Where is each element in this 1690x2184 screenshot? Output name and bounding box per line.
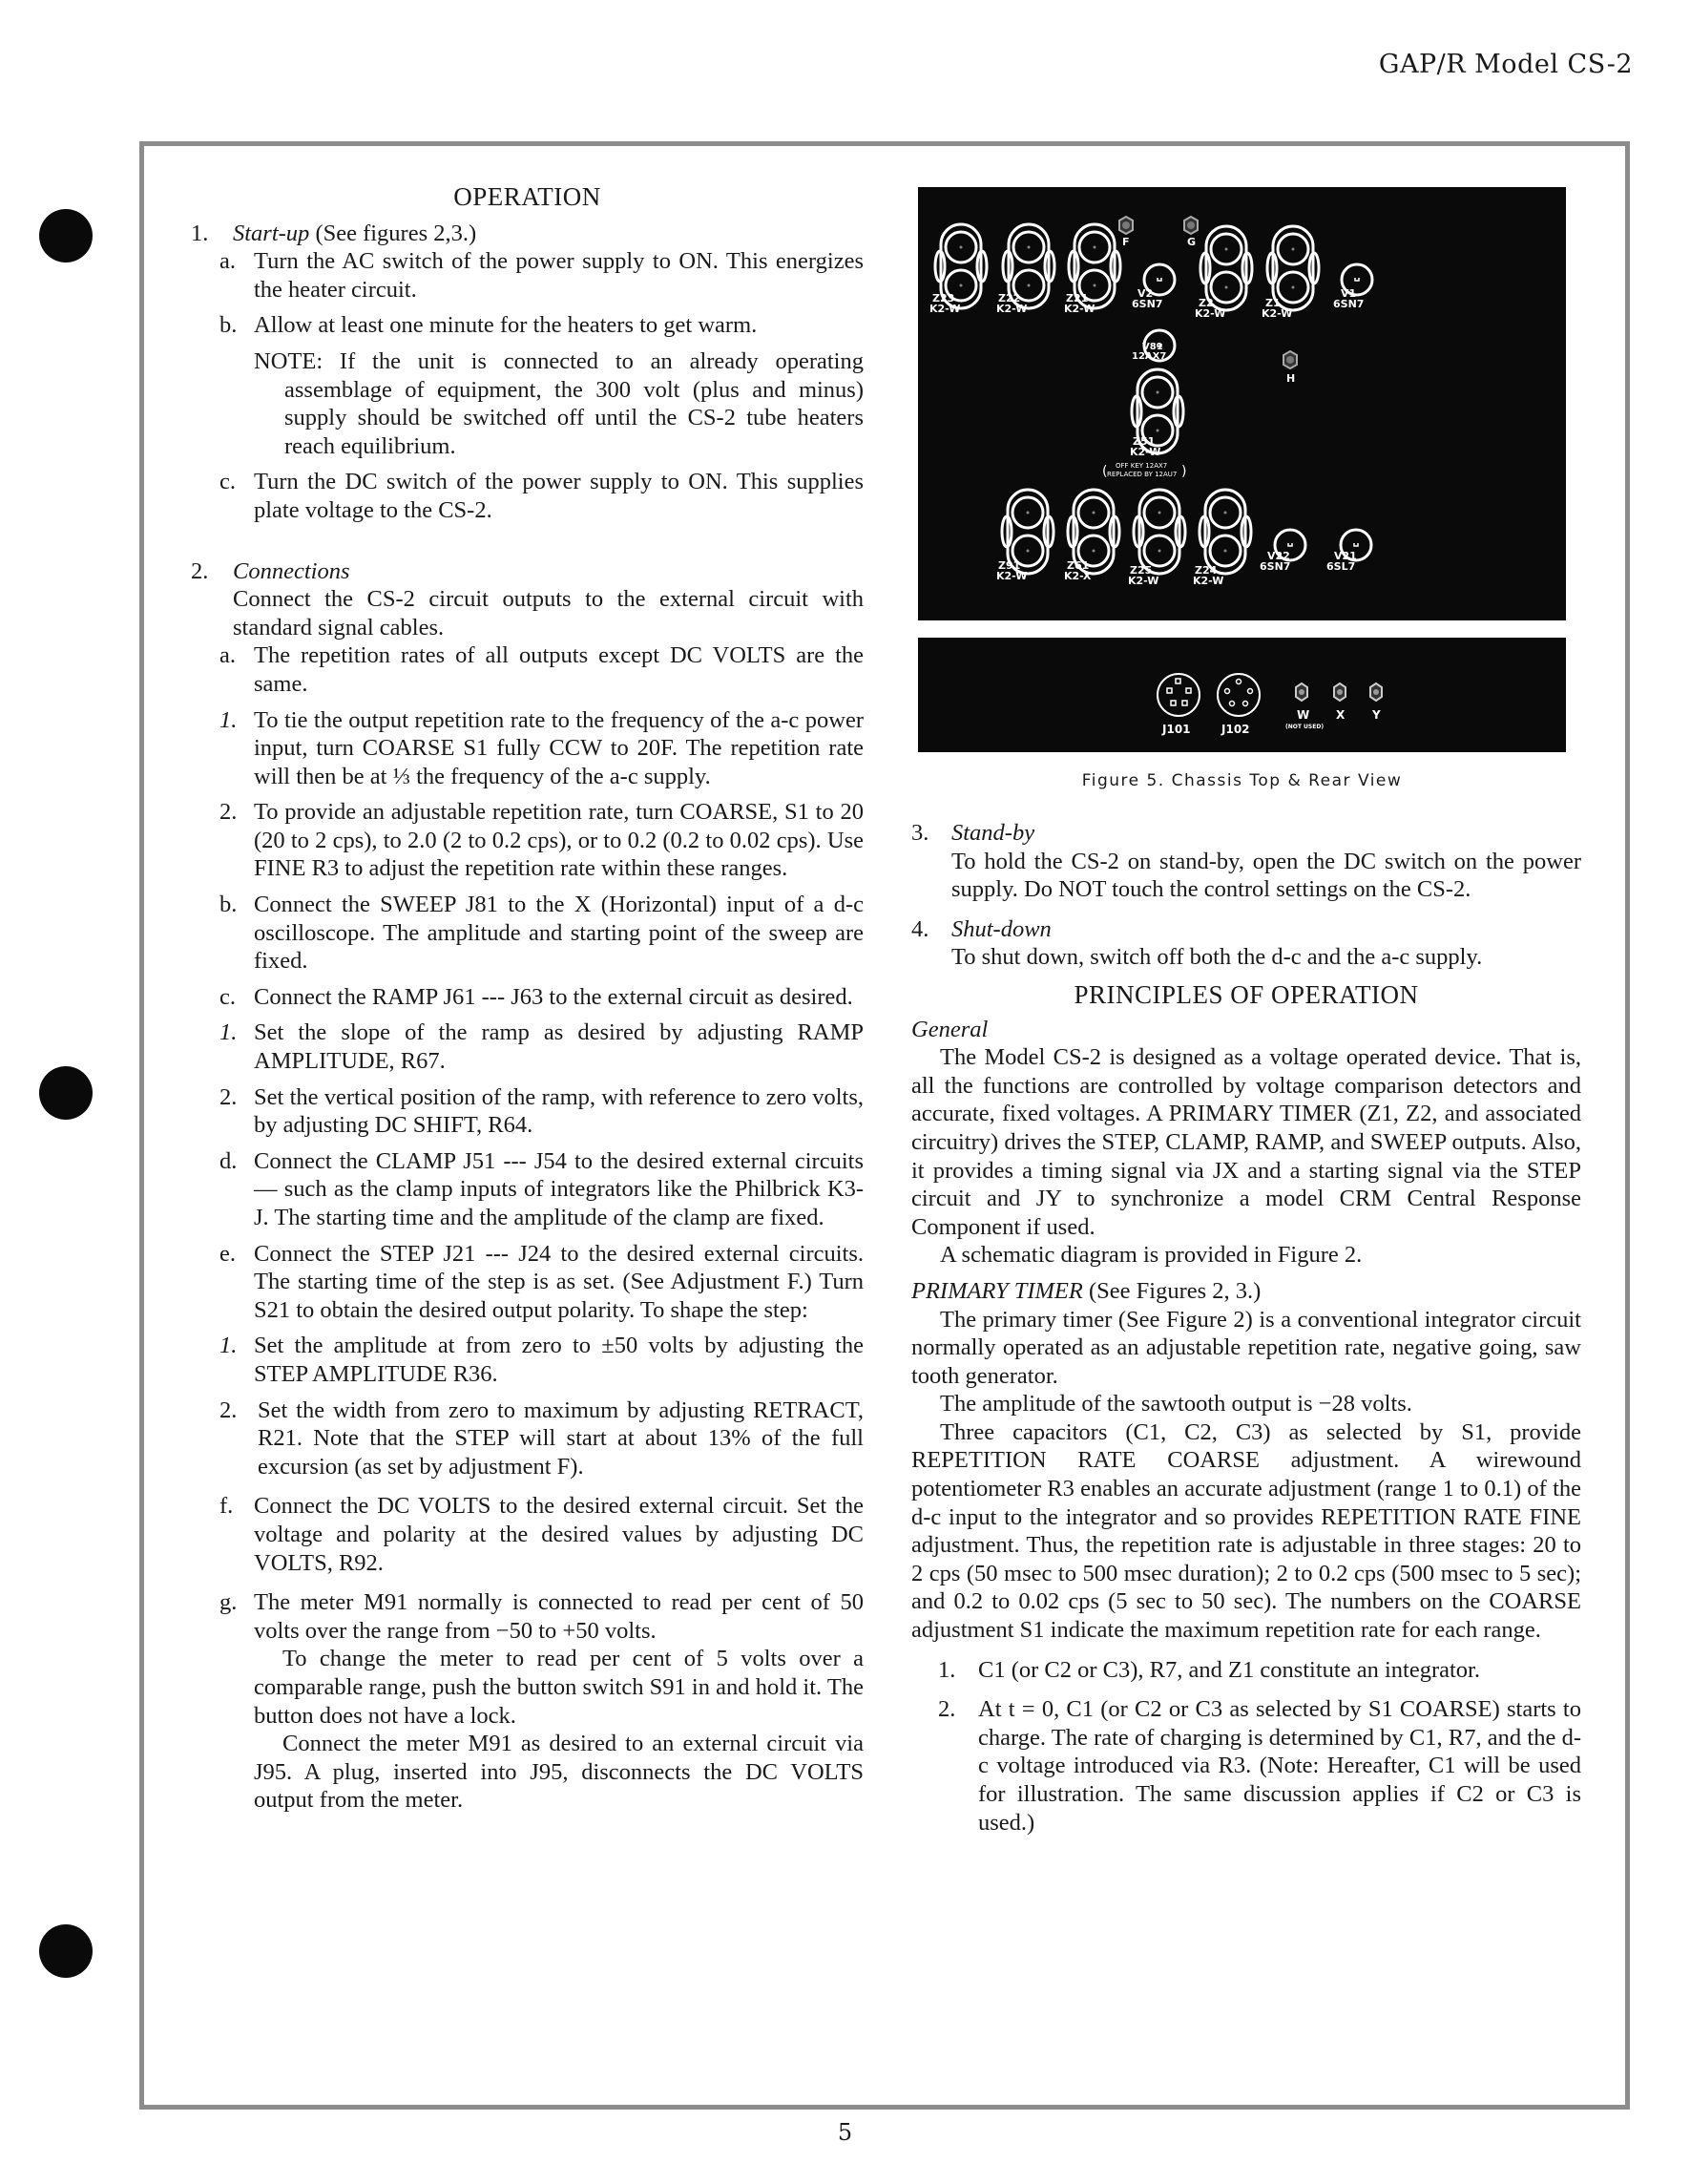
operation-heading: OPERATION xyxy=(191,183,864,212)
startup-a-text: Turn the AC switch of the power supply t… xyxy=(254,247,864,304)
socket-z24: Z24 K2-W xyxy=(1193,490,1251,587)
svg-text:REPLACED BY 12AU7: REPLACED BY 12AU7 xyxy=(1107,471,1177,478)
shutdown-section: 4. Shut-down To shut down, switch off bo… xyxy=(911,915,1581,972)
chassis-rear-view-photo: J101 J102 W (NOT USED) X Y xyxy=(918,638,1566,752)
svg-text:W: W xyxy=(1297,708,1309,722)
general-para2: A schematic diagram is provided in Figur… xyxy=(911,1241,1581,1270)
connections-d-text: Connect the CLAMP J51 --- J54 to the des… xyxy=(254,1147,864,1232)
tube-v1: V1 6SN7 xyxy=(1333,264,1372,310)
shutdown-heading: Shut-down xyxy=(951,915,1581,944)
svg-text:K2-W: K2-W xyxy=(1128,575,1158,587)
adjustment-f: F xyxy=(1119,217,1133,248)
jack-x: X xyxy=(1334,683,1346,722)
standby-section: 3. Stand-by To hold the CS-2 on stand-by… xyxy=(911,819,1581,904)
adjustment-g: G xyxy=(1184,217,1198,248)
connections-b-label: b. xyxy=(219,891,254,976)
svg-text:K2-W: K2-W xyxy=(929,303,960,315)
item-text: At t = 0, C1 (or C2 or C3 as selected by… xyxy=(978,1695,1581,1837)
svg-text:G: G xyxy=(1187,236,1196,248)
connections-f-text: Connect the DC VOLTS to the desired exte… xyxy=(254,1492,864,1577)
tube-v81: V81 12AX7 xyxy=(1132,330,1175,362)
socket-z22: Z22 K2-W xyxy=(996,224,1054,315)
connections-g-label: g. xyxy=(219,1588,254,1645)
svg-text:K2-W: K2-W xyxy=(1064,303,1095,315)
connections-heading: Connections xyxy=(233,557,864,586)
socket-z91: Z91 K2-W xyxy=(996,490,1054,582)
connections-c-label: c. xyxy=(219,983,254,1012)
primary-timer-section: PRIMARY TIMER (See Figures 2, 3.) The pr… xyxy=(911,1277,1581,1837)
svg-text:K2-X: K2-X xyxy=(1064,570,1092,582)
svg-text:K2-W: K2-W xyxy=(1262,307,1292,320)
startup-note: NOTE: If the unit is connected to an alr… xyxy=(191,347,864,460)
startup-ref: (See figures 2,3.) xyxy=(309,220,476,246)
primary-timer-ref: (See Figures 2, 3.) xyxy=(1083,1278,1261,1304)
off-key-note: OFF KEY 12AX7 REPLACED BY 12AU7 ( ) xyxy=(1102,462,1186,479)
jack-w: W (NOT USED) xyxy=(1285,683,1324,730)
primary-timer-item-1: 1. C1 (or C2 or C3), R7, and Z1 constitu… xyxy=(911,1656,1581,1685)
startup-section: 1. Start-up (See figures 2,3.) a. Turn t… xyxy=(191,220,864,525)
page-header-title: GAP/R Model CS-2 xyxy=(1379,50,1633,79)
svg-text:H: H xyxy=(1286,372,1295,385)
svg-text:K2-W: K2-W xyxy=(1130,446,1160,458)
connections-c1-label: 1. xyxy=(219,1018,254,1075)
svg-text:6SN7: 6SN7 xyxy=(1333,298,1364,310)
svg-text:K2-W: K2-W xyxy=(1195,307,1225,320)
connections-e2-text: Set the width from zero to maximum by ad… xyxy=(258,1396,864,1481)
binder-hole-bottom xyxy=(39,1924,93,1978)
primary-timer-para1: The primary timer (See Figure 2) is a co… xyxy=(911,1306,1581,1391)
startup-number: 1. xyxy=(191,220,233,248)
primary-timer-item-2: 2. At t = 0, C1 (or C2 or C3 as selected… xyxy=(911,1695,1581,1837)
svg-text:6SN7: 6SN7 xyxy=(1132,298,1162,310)
startup-c-label: c. xyxy=(219,468,254,524)
connections-g-para2: To change the meter to read per cent of … xyxy=(191,1645,864,1730)
tube-v21: V21 6SL7 xyxy=(1326,530,1371,573)
principles-heading: PRINCIPLES OF OPERATION xyxy=(911,981,1581,1010)
primary-timer-para2: The amplitude of the sawtooth output is … xyxy=(911,1390,1581,1418)
connections-a2-text: To provide an adjustable repetition rate… xyxy=(254,798,864,883)
jack-y: Y xyxy=(1370,683,1382,722)
connector-j102: J102 xyxy=(1218,674,1260,736)
socket-z61: Z61 K2-X xyxy=(1064,490,1119,582)
connections-g-text: The meter M91 normally is connected to r… xyxy=(254,1588,864,1645)
svg-text:K2-W: K2-W xyxy=(996,570,1027,582)
connections-a-text: The repetition rates of all outputs exce… xyxy=(254,641,864,698)
connections-c2-text: Set the vertical position of the ramp, w… xyxy=(254,1083,864,1140)
connections-e-label: e. xyxy=(219,1240,254,1325)
socket-z51: Z51 K2-W xyxy=(1130,369,1183,458)
standby-number: 3. xyxy=(911,819,951,848)
chassis-top-view-photo: Z23 K2-W Z22 K2-W Z21 K2-W Z2 K2-W Z1 K2… xyxy=(918,187,1566,620)
connections-a1-text: To tie the output repetition rate to the… xyxy=(254,706,864,791)
socket-z25: Z25 K2-W xyxy=(1128,490,1185,587)
binder-hole-middle xyxy=(39,1066,93,1120)
left-column: OPERATION 1. Start-up (See figures 2,3.)… xyxy=(191,183,864,1815)
binder-hole-top xyxy=(39,209,93,262)
startup-b-label: b. xyxy=(219,311,254,340)
svg-text:J101: J101 xyxy=(1161,723,1191,736)
connections-e-text: Connect the STEP J21 --- J24 to the desi… xyxy=(254,1240,864,1325)
svg-text:(NOT USED): (NOT USED) xyxy=(1285,724,1324,730)
connections-b-text: Connect the SWEEP J81 to the X (Horizont… xyxy=(254,891,864,976)
svg-text:(: ( xyxy=(1102,464,1107,479)
connections-c2-label: 2. xyxy=(219,1083,254,1140)
svg-text:12AX7: 12AX7 xyxy=(1132,351,1166,362)
connections-c1-text: Set the slope of the ramp as desired by … xyxy=(254,1018,864,1075)
startup-a-label: a. xyxy=(219,247,254,304)
adjustment-h: H xyxy=(1283,351,1297,385)
connections-section: 2. Connections Connect the CS-2 circuit … xyxy=(191,557,864,1815)
connections-a1-label: 1. xyxy=(219,706,254,791)
connections-intro: Connect the CS-2 circuit outputs to the … xyxy=(191,585,864,641)
chassis-top-diagram: Z23 K2-W Z22 K2-W Z21 K2-W Z2 K2-W Z1 K2… xyxy=(918,187,1566,620)
svg-text:X: X xyxy=(1336,708,1346,722)
right-column: 3. Stand-by To hold the CS-2 on stand-by… xyxy=(911,819,1581,1837)
svg-text:J102: J102 xyxy=(1221,723,1250,736)
connections-number: 2. xyxy=(191,557,233,586)
primary-timer-para3: Three capacitors (C1, C2, C3) as selecte… xyxy=(911,1418,1581,1645)
socket-z2: Z2 K2-W xyxy=(1195,226,1252,320)
svg-text:OFF KEY 12AX7: OFF KEY 12AX7 xyxy=(1116,462,1167,470)
socket-z21: Z21 K2-W xyxy=(1064,224,1120,315)
svg-text:): ) xyxy=(1181,464,1186,479)
general-heading: General xyxy=(911,1016,1581,1044)
startup-heading: Start-up xyxy=(233,220,309,246)
general-section: General The Model CS-2 is designed as a … xyxy=(911,1016,1581,1270)
connections-g-para3: Connect the meter M91 as desired to an e… xyxy=(191,1730,864,1815)
svg-text:K2-W: K2-W xyxy=(996,303,1027,315)
chassis-rear-diagram: J101 J102 W (NOT USED) X Y xyxy=(918,638,1566,752)
item-number: 2. xyxy=(938,1695,978,1837)
standby-heading: Stand-by xyxy=(951,819,1581,848)
connections-a-label: a. xyxy=(219,641,254,698)
connections-d-label: d. xyxy=(219,1147,254,1232)
svg-text:6SL7: 6SL7 xyxy=(1326,560,1355,573)
general-para1: The Model CS-2 is designed as a voltage … xyxy=(911,1043,1581,1241)
connections-a2-label: 2. xyxy=(219,798,254,883)
svg-text:F: F xyxy=(1122,236,1130,248)
standby-text: To hold the CS-2 on stand-by, open the D… xyxy=(911,848,1581,904)
socket-z23: Z23 K2-W xyxy=(929,224,987,315)
figure-caption: Figure 5. Chassis Top & Rear View xyxy=(918,771,1566,790)
connections-c-text: Connect the RAMP J61 --- J63 to the exte… xyxy=(254,983,864,1012)
svg-text:K2-W: K2-W xyxy=(1193,575,1223,587)
connections-f-label: f. xyxy=(219,1492,254,1577)
item-text: C1 (or C2 or C3), R7, and Z1 constitute … xyxy=(978,1656,1581,1685)
primary-timer-heading: PRIMARY TIMER xyxy=(911,1278,1083,1304)
shutdown-text: To shut down, switch off both the d-c an… xyxy=(911,943,1581,972)
connector-j101: J101 xyxy=(1158,674,1200,736)
connections-e1-label: 1. xyxy=(219,1332,254,1388)
shutdown-number: 4. xyxy=(911,915,951,944)
page-number: 5 xyxy=(0,2119,1690,2146)
tube-v2: V2 6SN7 xyxy=(1132,264,1175,310)
startup-b-text: Allow at least one minute for the heater… xyxy=(254,311,864,340)
socket-z1: Z1 K2-W xyxy=(1262,226,1319,320)
item-number: 1. xyxy=(938,1656,978,1685)
tube-v22: V22 6SN7 xyxy=(1260,530,1305,573)
connections-e2-label: 2. xyxy=(219,1396,258,1481)
svg-text:Y: Y xyxy=(1371,708,1381,722)
svg-text:6SN7: 6SN7 xyxy=(1260,560,1290,573)
connections-e1-text: Set the amplitude at from zero to ±50 vo… xyxy=(254,1332,864,1388)
startup-c-text: Turn the DC switch of the power supply t… xyxy=(254,468,864,524)
